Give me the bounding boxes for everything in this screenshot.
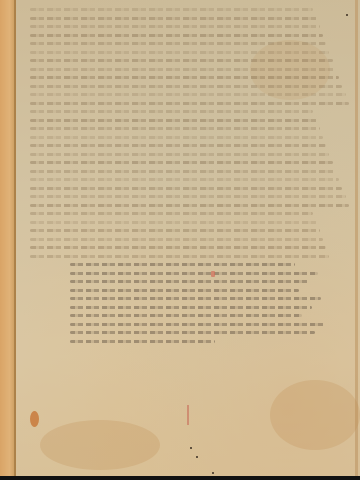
manuscript-line: [30, 153, 329, 156]
manuscript-line: [30, 102, 349, 105]
red-ink-blot: [30, 411, 39, 427]
manuscript-line: [30, 221, 317, 224]
manuscript-page: Photograph of a faded parchment manuscri…: [0, 0, 360, 476]
manuscript-line: [30, 127, 320, 130]
manuscript-line: [30, 195, 346, 198]
manuscript-line: [30, 136, 323, 139]
manuscript-line: [30, 110, 313, 113]
manuscript-line: [30, 144, 326, 147]
binding-fold-line: [14, 0, 16, 476]
speck: [212, 472, 214, 474]
manuscript-line: [30, 229, 320, 232]
speck: [196, 456, 198, 458]
bottom-black-bar: [0, 476, 360, 480]
manuscript-line: [70, 289, 299, 292]
manuscript-line: [30, 85, 342, 88]
speck: [190, 447, 192, 449]
manuscript-line: [70, 340, 215, 343]
manuscript-line: [30, 204, 349, 207]
manuscript-line: [30, 170, 336, 173]
red-rubric-mark: [211, 271, 215, 277]
manuscript-line: [30, 59, 333, 62]
speck: [346, 14, 348, 16]
manuscript-line: [70, 280, 308, 283]
manuscript-line: [30, 178, 339, 181]
manuscript-line: [30, 161, 333, 164]
manuscript-line: [70, 314, 302, 317]
manuscript-line: [30, 17, 317, 20]
manuscript-line: [30, 255, 329, 258]
manuscript-line: [30, 238, 323, 241]
manuscript-line: [30, 212, 313, 215]
manuscript-line: [30, 8, 313, 11]
manuscript-line: [70, 331, 315, 334]
manuscript-line: [70, 297, 321, 300]
red-bracket-mark: [187, 405, 189, 425]
manuscript-line: [30, 51, 329, 54]
manuscript-line: [70, 272, 318, 275]
manuscript-line: [30, 246, 326, 249]
manuscript-line: [30, 42, 326, 45]
manuscript-line: [30, 187, 342, 190]
manuscript-line: [70, 323, 324, 326]
manuscript-line: [70, 263, 295, 266]
manuscript-line: [30, 25, 320, 28]
stain: [40, 420, 160, 470]
manuscript-line: [30, 119, 317, 122]
manuscript-line: [30, 34, 323, 37]
manuscript-line: [70, 306, 312, 309]
handwritten-text-block: [30, 8, 352, 398]
manuscript-line: [30, 76, 339, 79]
manuscript-line: [30, 93, 346, 96]
manuscript-line: [30, 68, 336, 71]
